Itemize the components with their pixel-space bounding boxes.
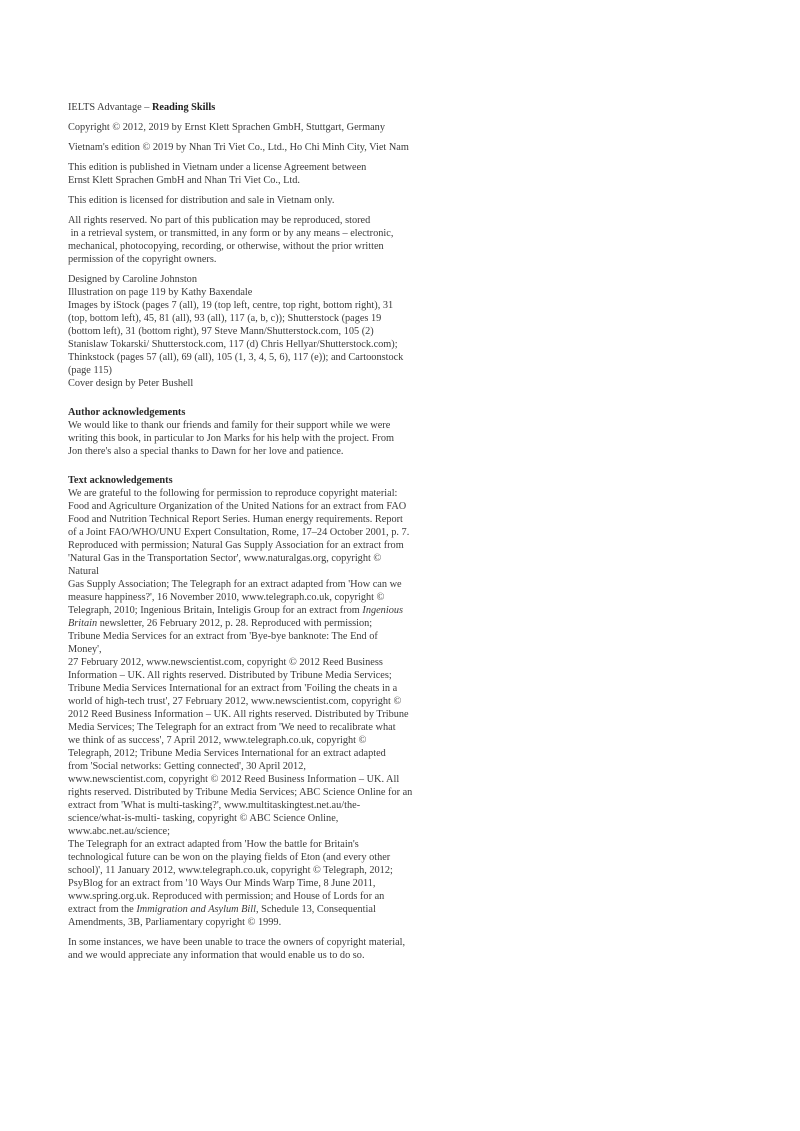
vietnam-edition-line: Vietnam's edition © 2019 by Nhan Tri Vie…	[68, 141, 568, 154]
distribution-notice: This edition is licensed for distributio…	[68, 194, 568, 207]
cover-credit: Cover design by Peter Bushell	[68, 377, 568, 390]
design-credits: Designed by Caroline Johnston Illustrati…	[68, 273, 568, 390]
copyright-page: IELTS Advantage – Reading Skills Copyrig…	[68, 101, 568, 969]
text-ack-heading: Text acknowledgements	[68, 474, 568, 487]
rights-reserved: All rights reserved. No part of this pub…	[68, 214, 568, 266]
book-title-line: IELTS Advantage – Reading Skills	[68, 101, 568, 114]
author-acknowledgements: Author acknowledgements We would like to…	[68, 406, 568, 458]
title-separator: –	[142, 102, 152, 113]
license-agreement: This edition is published in Vietnam und…	[68, 161, 568, 187]
image-credits: Images by iStock (pages 7 (all), 19 (top…	[68, 299, 568, 312]
italic-title: Immigration and Asylum Bill	[136, 904, 256, 915]
author-ack-heading: Author acknowledgements	[68, 406, 568, 419]
illustration-credit: Illustration on page 119 by Kathy Baxend…	[68, 286, 568, 299]
designer-credit: Designed by Caroline Johnston	[68, 273, 568, 286]
series-name: IELTS Advantage	[68, 102, 142, 113]
italic-title: Britain	[68, 618, 97, 629]
closing-notice: In some instances, we have been unable t…	[68, 936, 568, 962]
book-title: Reading Skills	[152, 102, 215, 113]
italic-title: Ingenious	[362, 605, 403, 616]
copyright-line: Copyright © 2012, 2019 by Ernst Klett Sp…	[68, 121, 568, 134]
text-acknowledgements: Text acknowledgements We are grateful to…	[68, 474, 568, 929]
